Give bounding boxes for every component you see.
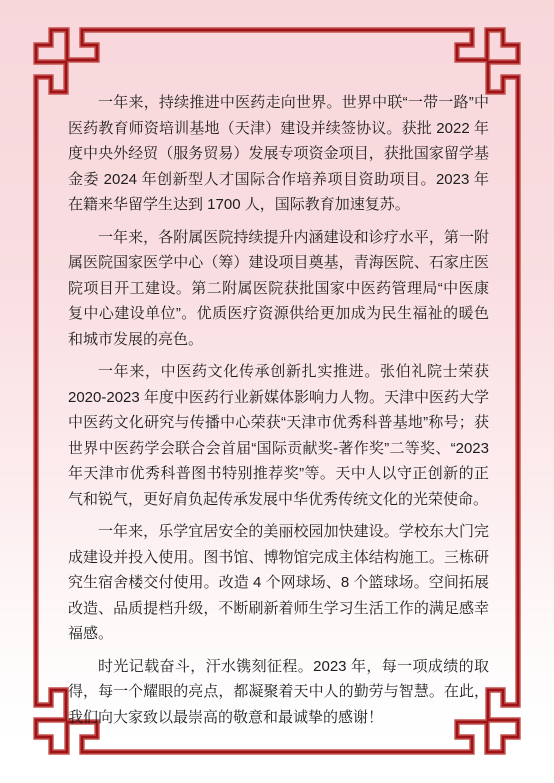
paragraph-affiliated-hospitals: 一年来，各附属医院持续提升内涵建设和诊疗水平，第一附属医院国家医学中心（筹）建设…	[68, 225, 489, 353]
paragraph-campus-construction: 一年来，乐学宜居安全的美丽校园加快建设。学校东大门完成建设并投入使用。图书馆、博…	[68, 519, 489, 647]
paragraph-international-development: 一年来，持续推进中医药走向世界。世界中联“一带一路”中医药教育师资培训基地（天津…	[68, 90, 489, 218]
letter-body: 一年来，持续推进中医药走向世界。世界中联“一带一路”中医药教育师资培训基地（天津…	[68, 90, 489, 737]
letter-page: 一年来，持续推进中医药走向世界。世界中联“一带一路”中医药教育师资培训基地（天津…	[0, 0, 554, 783]
paragraph-closing-thanks: 时光记载奋斗，汗水镌刻征程。2023 年，每一项成绩的取得，每一个耀眼的亮点，都…	[68, 654, 489, 731]
paragraph-tcm-culture: 一年来，中医药文化传承创新扎实推进。张伯礼院士荣获 2020-2023 年度中医…	[68, 359, 489, 512]
